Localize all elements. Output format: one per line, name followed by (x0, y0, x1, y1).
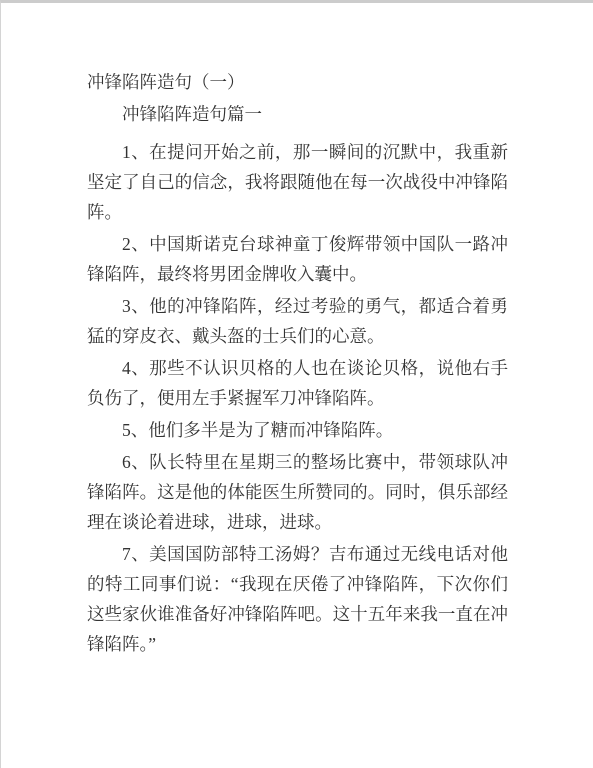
document-page: 冲锋陷阵造句（一） 冲锋陷阵造句篇一 1、在提问开始之前，那一瞬间的沉默中，我重… (0, 0, 593, 768)
paragraph: 3、他的冲锋陷阵，经过考验的勇气，都适合着勇猛的穿皮衣、戴头盔的士兵们的心意。 (87, 291, 508, 351)
paragraph: 7、美国国防部特工汤姆？吉布通过无线电话对他的特工同事们说：“我现在厌倦了冲锋陷… (87, 539, 508, 659)
paragraph: 2、中国斯诺克台球神童丁俊辉带领中国队一路冲锋陷阵，最终将男团金牌收入囊中。 (87, 229, 508, 289)
paragraph: 5、他们多半是为了糖而冲锋陷阵。 (87, 415, 508, 445)
document-subtitle: 冲锋陷阵造句篇一 (87, 99, 508, 129)
paragraph: 1、在提问开始之前，那一瞬间的沉默中，我重新坚定了自己的信念，我将跟随他在每一次… (87, 137, 508, 227)
document-content: 冲锋陷阵造句（一） 冲锋陷阵造句篇一 1、在提问开始之前，那一瞬间的沉默中，我重… (1, 3, 508, 659)
document-title: 冲锋陷阵造句（一） (87, 67, 508, 97)
paragraph-list: 1、在提问开始之前，那一瞬间的沉默中，我重新坚定了自己的信念，我将跟随他在每一次… (87, 137, 508, 659)
paragraph: 6、队长特里在星期三的整场比赛中，带领球队冲锋陷阵。这是他的体能医生所赞同的。同… (87, 447, 508, 537)
paragraph: 4、那些不认识贝格的人也在谈论贝格，说他右手负伤了，便用左手紧握军刀冲锋陷阵。 (87, 353, 508, 413)
